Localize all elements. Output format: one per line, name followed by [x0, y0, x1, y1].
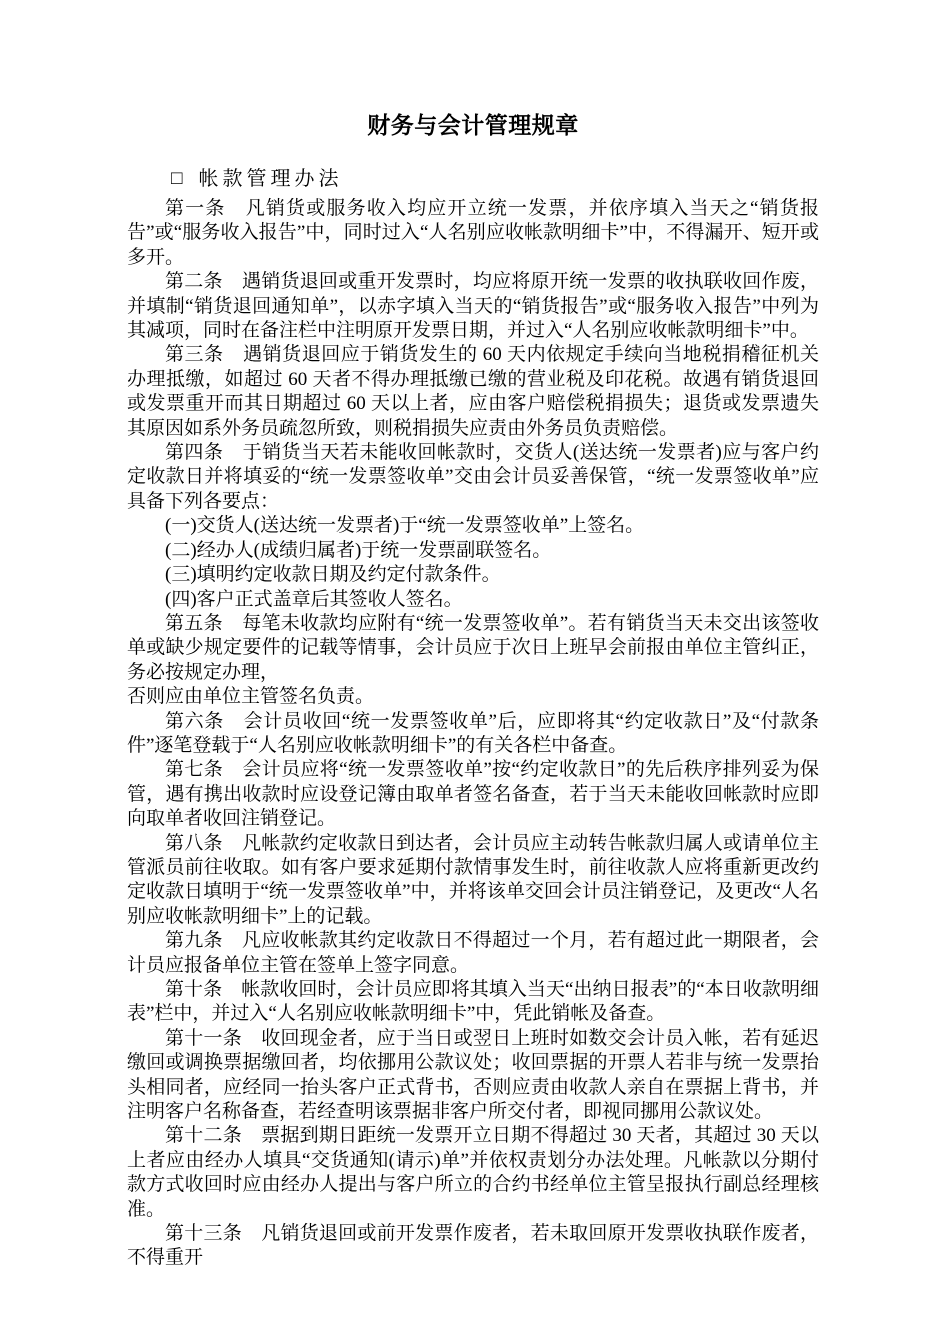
section-heading-label: 帐款管理办法 [198, 168, 342, 190]
doc-paragraph-article-13: 第十三条 凡销货退回或前开发票作废者，若未取回原开发票收执联作废者，不得重开 [127, 1222, 819, 1271]
doc-paragraph-article-3: 第三条 遇销货退回应于销货发生的 60 天内依规定手续向当地税捐稽征机关办理抵缴… [127, 343, 819, 441]
doc-paragraph-article-4: 第四条 于销货当天若未能收回帐款时，交货人(送达统一发票者)应与客户约定收款日并… [127, 441, 819, 514]
doc-subitem-1: (一)交货人(送达统一发票者)于“统一发票签收单”上签名。 [127, 514, 819, 538]
doc-subitem-3: (三)填明约定收款日期及约定付款条件。 [127, 563, 819, 587]
doc-subitem-4: (四)客户正式盖章后其签收人签名。 [127, 588, 819, 612]
doc-paragraph-article-9: 第九条 凡应收帐款其约定收款日不得超过一个月，若有超过此一期限者，会计员应报备单… [127, 929, 819, 978]
doc-paragraph-article-12: 第十二条 票据到期日距统一发票开立日期不得超过 30 天者，其超过 30 天以上… [127, 1124, 819, 1222]
doc-paragraph-article-2: 第二条 遇销货退回或重开发票时，均应将原开统一发票的收执联收回作废，并填制“销货… [127, 270, 819, 343]
doc-paragraph-article-7: 第七条 会计员应将“统一发票签收单”按“约定收款日”的先后秩序排列妥为保管，遇有… [127, 758, 819, 831]
doc-subitem-2: (二)经办人(成绩归属者)于统一发票副联签名。 [127, 539, 819, 563]
section-heading: □帐款管理办法 [127, 166, 819, 193]
document-content: 财务与会计管理规章 □帐款管理办法 第一条 凡销货或服务收入均应开立统一发票，并… [127, 110, 819, 1271]
doc-paragraph-article-8: 第八条 凡帐款约定收款日到达者，会计员应主动转告帐款归属人或请单位主管派员前往收… [127, 832, 819, 930]
doc-paragraph-article-10: 第十条 帐款收回时，会计员应即将其填入当天“出纳日报表”的“本日收款明细表”栏中… [127, 978, 819, 1027]
doc-paragraph-article-5-continuation: 否则应由单位主管签名负责。 [127, 685, 819, 709]
doc-paragraph-article-6: 第六条 会计员收回“统一发票签收单”后，应即将其“约定收款日”及“付款条件”逐笔… [127, 710, 819, 759]
square-bullet-icon: □ [171, 166, 182, 192]
doc-paragraph-article-11: 第十一条 收回现金者，应于当日或翌日上班时如数交会计员入帐，若有延迟缴回或调换票… [127, 1027, 819, 1125]
doc-paragraph-article-1: 第一条 凡销货或服务收入均应开立统一发票，并依序填入当天之“销货报告”或“服务收… [127, 197, 819, 270]
document-page: 财务与会计管理规章 □帐款管理办法 第一条 凡销货或服务收入均应开立统一发票，并… [0, 0, 950, 1344]
doc-paragraph-article-5: 第五条 每笔未收款均应附有“统一发票签收单”。若有销货当天未交出该签收单或缺少规… [127, 612, 819, 685]
page-title: 财务与会计管理规章 [127, 110, 819, 140]
